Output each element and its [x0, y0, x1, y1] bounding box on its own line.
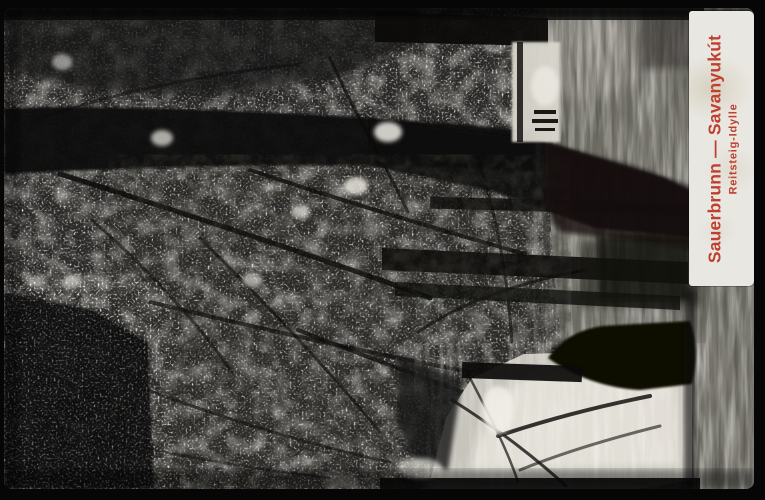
caption-text-block: Sauerbrunn — Savanyukút Reitsteig-Idylle [704, 13, 739, 285]
caption-title: Sauerbrunn — Savanyukút [704, 13, 725, 285]
postcard-scan: Sauerbrunn — Savanyukút Reitsteig-Idylle [0, 0, 765, 500]
photo-artwork [4, 8, 754, 490]
caption-strip: Sauerbrunn — Savanyukút Reitsteig-Idylle [689, 11, 754, 286]
postcard-photo [0, 0, 765, 500]
caption-subtitle: Reitsteig-Idylle [727, 13, 739, 285]
